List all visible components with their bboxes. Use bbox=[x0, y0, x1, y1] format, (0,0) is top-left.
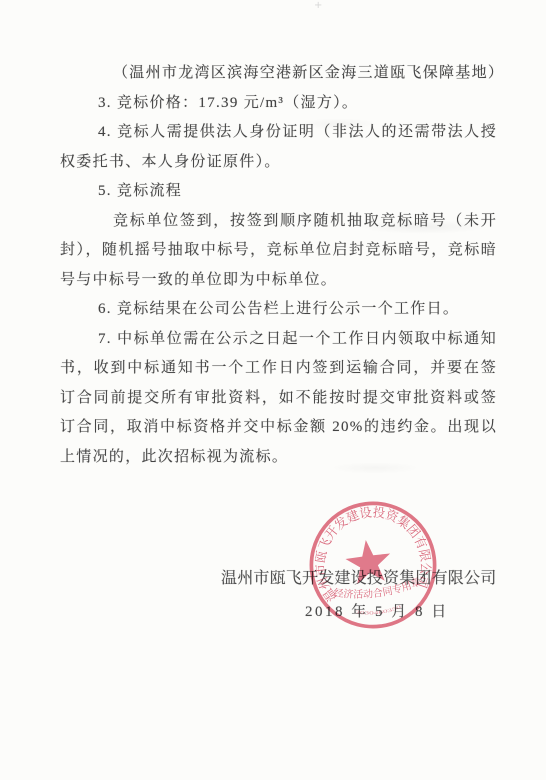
paragraph-location: （温州市龙湾区滨海空港新区金海三道瓯飞保障基地） bbox=[60, 59, 497, 89]
paragraph-item-6-publicity: 6. 竞标结果在公司公告栏上进行公示一个工作日。 bbox=[60, 295, 497, 325]
paragraph-item-4-identity: 4. 竞标人需提供法人身份证明（非法人的还需带法人授权委托书、本人身份证原件）。 bbox=[60, 118, 497, 177]
seal-banner-text: 经济活动合同专用章 bbox=[331, 575, 423, 605]
seal-serial-number: 3030460350 bbox=[354, 605, 403, 619]
scanned-document-page: + （温州市龙湾区滨海空港新区金海三道瓯飞保障基地） 3. 竞标价格：17.39… bbox=[0, 0, 546, 780]
paragraph-process-detail: 竞标单位签到，按签到顺序随机抽取竞标暗号（未开封），随机摇号抽取中标号，竞标单位… bbox=[60, 207, 497, 296]
company-seal: 温州市瓯飞开发建设投资集团有限公司 经济活动合同专用章 3030460350 bbox=[287, 479, 459, 651]
paragraph-item-7-award: 7. 中标单位需在公示之日起一个工作日内领取中标通知书，收到中标通知书一个工作日… bbox=[60, 325, 497, 473]
scan-registration-mark: + bbox=[314, 0, 322, 11]
paragraph-item-3-price: 3. 竞标价格：17.39 元/m³（湿方）。 bbox=[60, 89, 497, 119]
paragraph-item-5-process-title: 5. 竞标流程 bbox=[60, 177, 497, 207]
seal-star-icon bbox=[343, 537, 393, 585]
document-body: （温州市龙湾区滨海空港新区金海三道瓯飞保障基地） 3. 竞标价格：17.39 元… bbox=[60, 59, 497, 472]
